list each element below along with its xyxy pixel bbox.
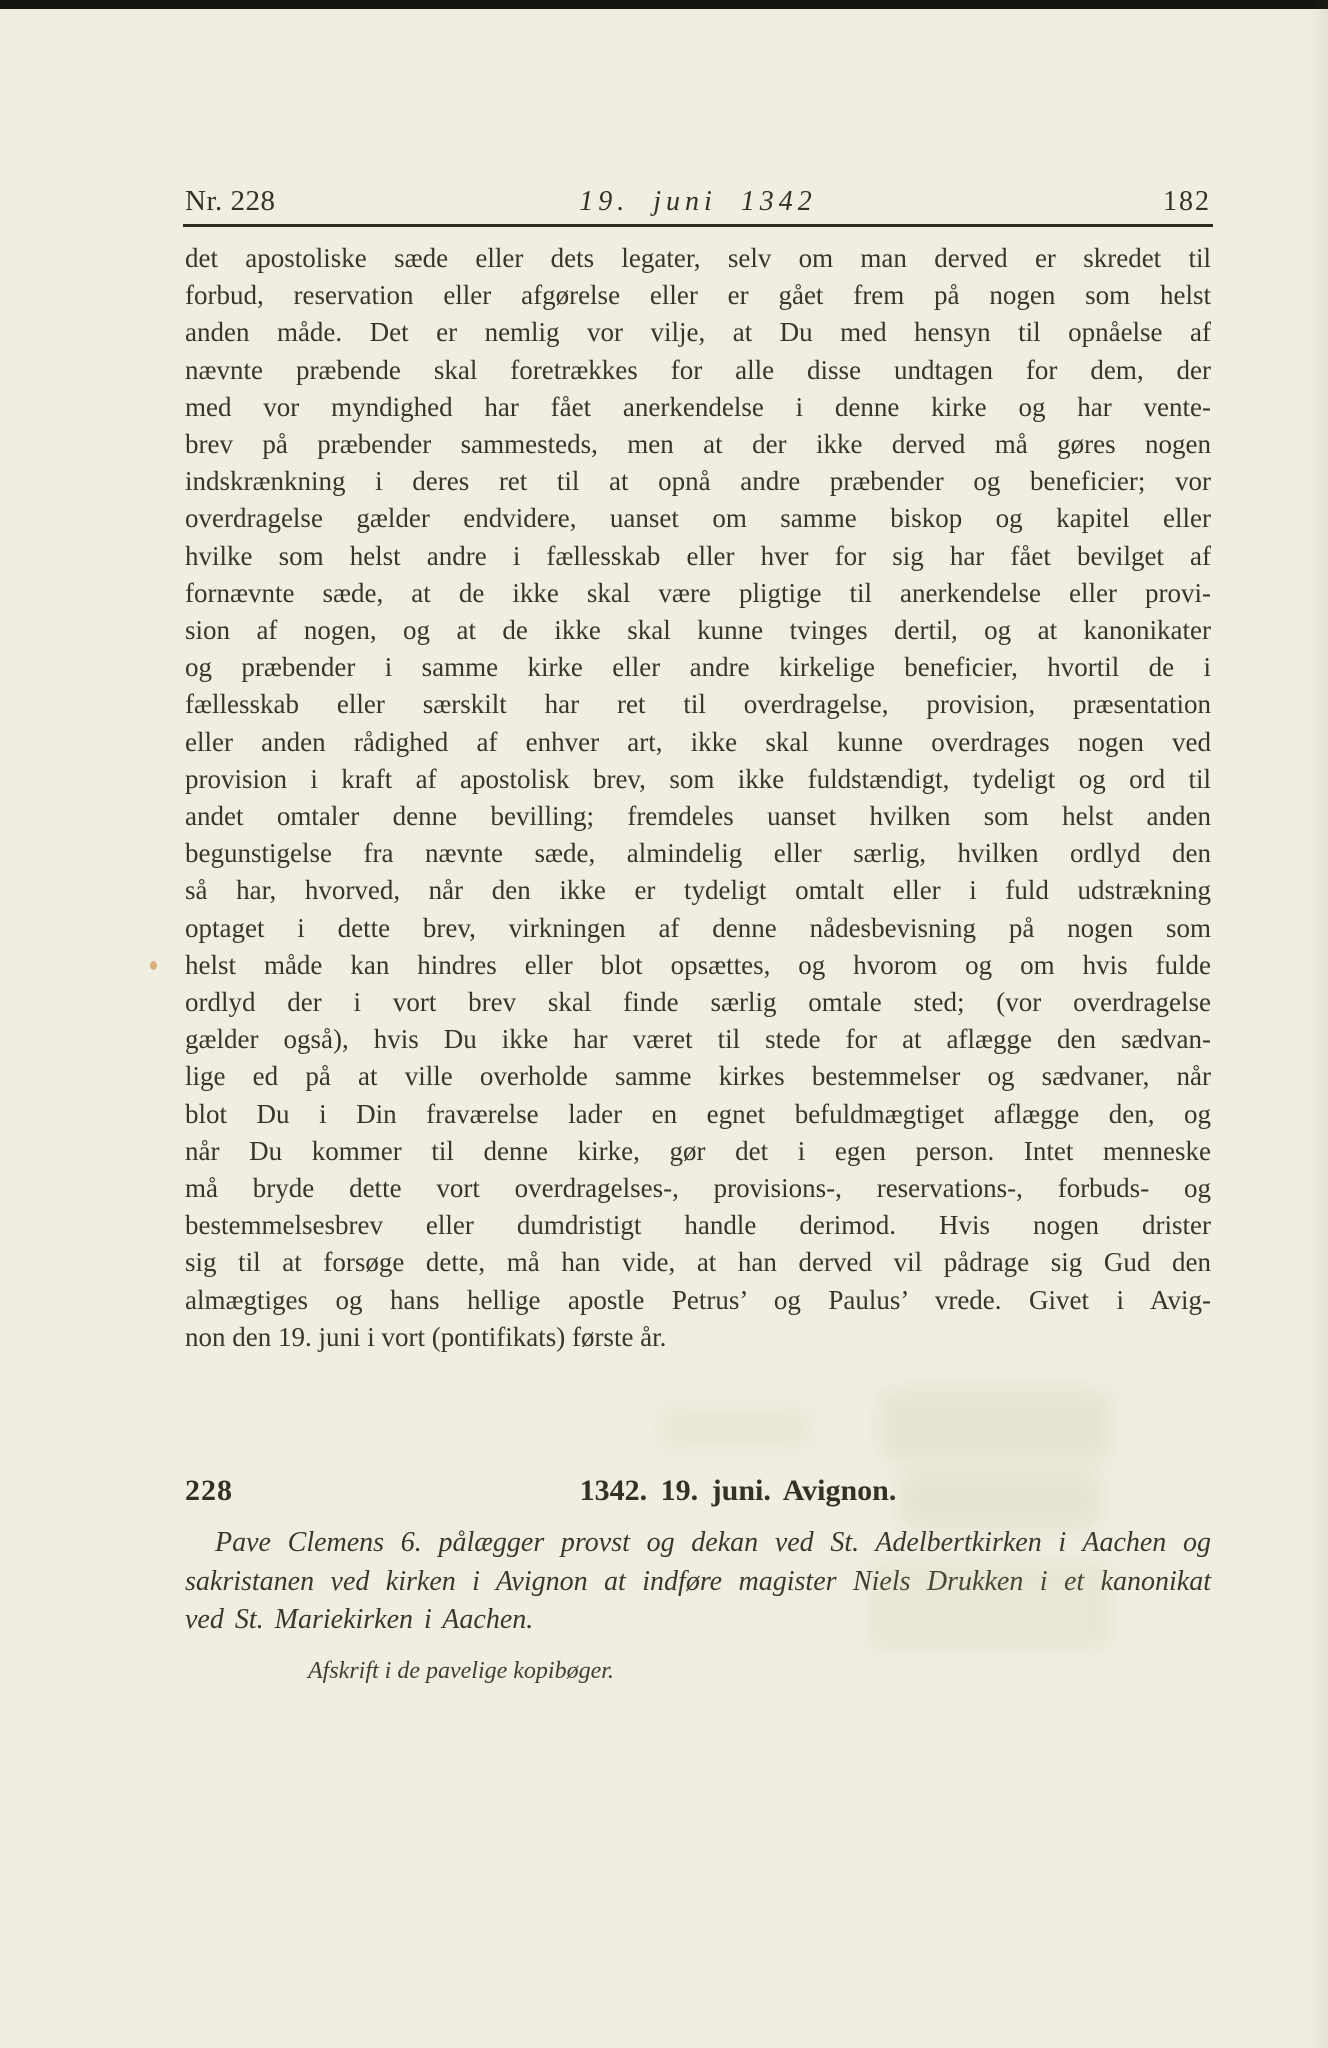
entry-heading: 228 1342. 19. juni. Avignon. (185, 1474, 1211, 1514)
source-note: Afskrift i de pavelige kopibøger. (308, 1658, 614, 1685)
letter-body: det apostoliske sæde eller dets legater,… (185, 240, 1211, 1356)
running-date: 19. juni 1342 (579, 186, 817, 218)
body-line: almægtiges og hans hellige apostle Petru… (185, 1282, 1211, 1319)
body-line: så har, hvorved, når den ikke er tydelig… (185, 872, 1211, 909)
body-line: eller anden rådighed af enhver art, ikke… (185, 724, 1211, 761)
body-line: provision i kraft af apostolisk brev, so… (185, 761, 1211, 798)
body-line: fællesskab eller særskilt har ret til ov… (185, 686, 1211, 723)
body-line: anden måde. Det er nemlig vor vilje, at … (185, 314, 1211, 351)
body-line: helst måde kan hindres eller blot opsætt… (185, 947, 1211, 984)
body-line: andet omtaler denne bevilling; fremdeles… (185, 798, 1211, 835)
running-header: Nr. 228 19. juni 1342 182 (185, 180, 1211, 222)
ink-speck (150, 961, 157, 970)
show-through-smudge (660, 1408, 810, 1448)
body-line: sion af nogen, og at de ikke skal kunne … (185, 612, 1211, 649)
body-line: lige ed på at ville overholde samme kirk… (185, 1058, 1211, 1095)
body-line: brev på præbender sammesteds, men at der… (185, 426, 1211, 463)
body-line: det apostoliske sæde eller dets legater,… (185, 240, 1211, 277)
header-rule (183, 224, 1213, 227)
body-line: nævnte præbende skal foretrækkes for all… (185, 352, 1211, 389)
body-line: begunstigelse fra nævnte sæde, almindeli… (185, 835, 1211, 872)
body-line: overdragelse gælder endvidere, uanset om… (185, 500, 1211, 537)
body-line: sig til at forsøge dette, må han vide, a… (185, 1244, 1211, 1281)
body-line: og præbender i samme kirke eller andre k… (185, 649, 1211, 686)
body-line: når Du kommer til denne kirke, gør det i… (185, 1133, 1211, 1170)
body-line: fornævnte sæde, at de ikke skal være pli… (185, 575, 1211, 612)
summary-line: ved St. Mariekirken i Aachen. (185, 1601, 1211, 1640)
page-number: 182 (1163, 186, 1211, 218)
summary-line: sakristanen ved kirken i Avignon at indf… (185, 1563, 1211, 1602)
scan-edge-bar (0, 0, 1328, 9)
summary-line: Pave Clemens 6. pålægger provst og dekan… (185, 1524, 1211, 1563)
body-line: bestemmelsesbrev eller dumdristigt handl… (185, 1207, 1211, 1244)
show-through-smudge (880, 1390, 1110, 1460)
body-line: optaget i dette brev, virkningen af denn… (185, 910, 1211, 947)
running-entry-number: Nr. 228 (185, 185, 276, 218)
body-line: gælder også), hvis Du ikke har været til… (185, 1021, 1211, 1058)
body-line: indskrænkning i deres ret til at opnå an… (185, 463, 1211, 500)
body-line: forbud, reservation eller afgørelse elle… (185, 277, 1211, 314)
body-line: non den 19. juni i vort (pontifikats) fø… (185, 1319, 1211, 1356)
body-line: med vor myndighed har fået anerkendelse … (185, 389, 1211, 426)
entry-summary: Pave Clemens 6. pålægger provst og dekan… (185, 1524, 1211, 1640)
body-line: må bryde dette vort overdragelses-, prov… (185, 1170, 1211, 1207)
body-line: hvilke som helst andre i fællesskab elle… (185, 538, 1211, 575)
entry-number: 228 (185, 1474, 233, 1508)
entry-date-place: 1342. 19. juni. Avignon. (580, 1474, 897, 1508)
page-edge-shadow (1310, 0, 1328, 2048)
body-line: ordlyd der i vort brev skal finde særlig… (185, 984, 1211, 1021)
body-line: blot Du i Din fraværelse lader en egnet … (185, 1096, 1211, 1133)
